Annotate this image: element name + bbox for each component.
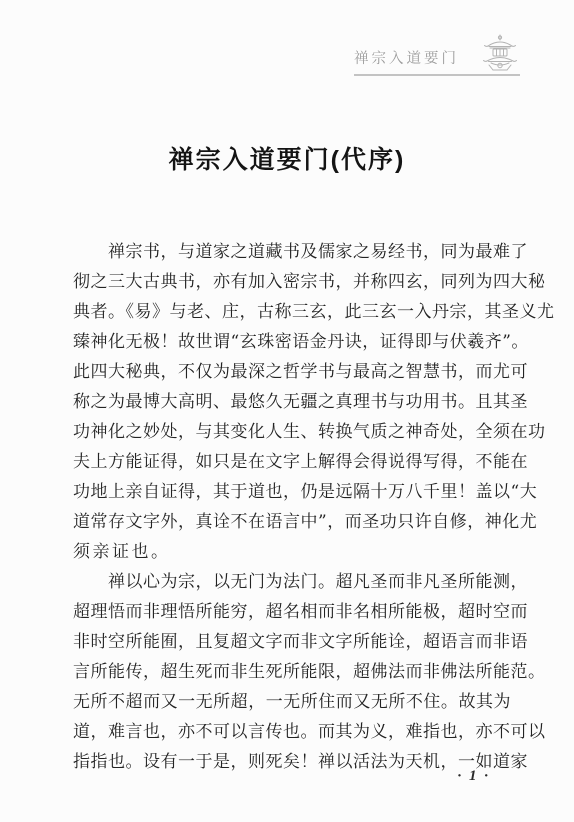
pagoda-seal-icon <box>480 34 520 72</box>
body-line: 功神化之妙处，与其变化人生、转换气质之神奇处，全须在功 <box>73 417 511 447</box>
book-page: 禅宗入道要门 <box>0 0 574 822</box>
body-line: 此四大秘典，不仅为最深之哲学书与最高之智慧书，而尤可 <box>73 357 511 387</box>
body-line: 指指也。设有一于是，则死矣！禅以活法为天机，一如道家 <box>73 747 511 777</box>
running-header: 禅宗入道要门 <box>354 34 520 76</box>
body-line: 道常存文字外，真诠不在语言中”，而圣功只许自修，神化尤 <box>73 507 511 537</box>
body-line: 称之为最博大高明、最悠久无疆之真理书与功用书。且其圣 <box>73 387 511 417</box>
body-line: 非时空所能囿，且复超文字而非文字所能诠，超语言而非语 <box>73 627 511 657</box>
body-line: 功地上亲自证得，其于道也，仍是远隔十万八千里！盖以“大 <box>73 477 511 507</box>
body-line: 禅宗书，与道家之道藏书及儒家之易经书，同为最难了 <box>73 237 511 267</box>
body-line: 言所能传，超生死而非生死所能限，超佛法而非佛法所能范。 <box>73 657 511 687</box>
body-line: 无所不超而又一无所超，一无所住而又无所不住。故其为 <box>73 687 511 717</box>
page-number: · 1 · <box>458 768 491 785</box>
body-line: 禅以心为宗，以无门为法门。超凡圣而非凡圣所能测， <box>73 567 511 597</box>
body-text: 禅宗书，与道家之道藏书及儒家之易经书，同为最难了 彻之三大古典书，亦有加入密宗书… <box>73 237 511 777</box>
body-line: 须亲证也。 <box>73 537 511 567</box>
chapter-title: 禅宗入道要门(代序) <box>0 140 574 176</box>
body-line: 夫上方能证得，如只是在文字上解得会得说得写得，不能在 <box>73 447 511 477</box>
running-header-title: 禅宗入道要门 <box>354 52 459 70</box>
body-line: 彻之三大古典书，亦有加入密宗书，并称四玄，同列为四大秘 <box>73 267 511 297</box>
body-line: 典者。《易》与老、庄，古称三玄，此三玄一入丹宗，其圣义尤 <box>73 297 511 327</box>
body-line: 臻神化无极！故世谓“玄珠密语金丹诀，证得即与伏羲齐”。 <box>73 327 511 357</box>
body-line: 超理悟而非理悟所能穷，超名相而非名相所能极，超时空而 <box>73 597 511 627</box>
body-line: 道，难言也，亦不可以言传也。而其为义，难指也，亦不可以 <box>73 717 511 747</box>
